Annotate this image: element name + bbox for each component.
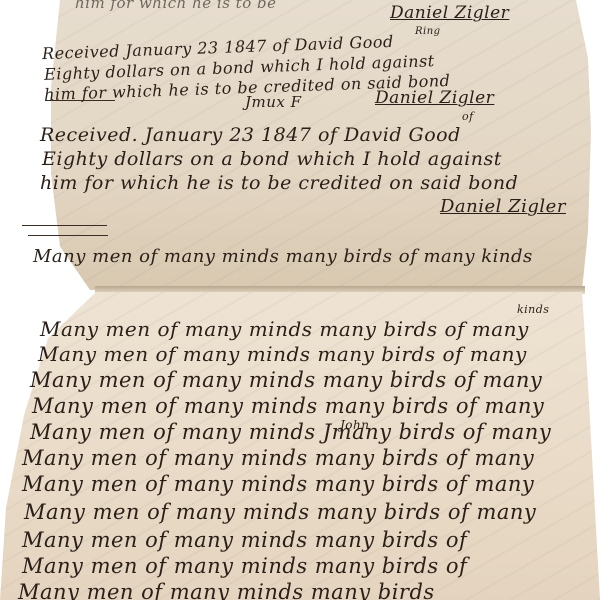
top-line: him for which he is to be bbox=[75, 0, 276, 12]
receipt-2-line-2: Eighty dollars on a bond which I hold ag… bbox=[42, 148, 502, 170]
practice-line: Many men of many minds many birds of man… bbox=[32, 394, 544, 418]
practice-line: Many men of many minds many birds of man… bbox=[22, 472, 534, 496]
practice-line: Many men of many minds many birds of man… bbox=[40, 317, 529, 341]
receipt-2-line-3: him for which he is to be credited on sa… bbox=[40, 172, 518, 194]
practice-line: Many men of many minds Jmany birds of ma… bbox=[30, 420, 551, 444]
margin-note-kinds: kinds bbox=[517, 303, 549, 316]
signature-1: Daniel Zigler bbox=[390, 3, 509, 23]
annotation-ring: Ring bbox=[415, 26, 441, 37]
practice-line: Many men of many minds many birds of man… bbox=[22, 446, 534, 470]
practice-line: Many men of many minds many birds of man… bbox=[30, 368, 542, 392]
signature-3: Daniel Zigler bbox=[440, 196, 566, 217]
practice-line: Many men of many minds many birds of bbox=[22, 528, 467, 552]
annotation-of: of bbox=[462, 110, 474, 123]
witness-mark: Jmux F bbox=[245, 93, 302, 111]
signature-2: Daniel Zigler bbox=[375, 88, 494, 108]
receipt-2-line-1: Received. January 23 1847 of David Good bbox=[40, 124, 461, 146]
practice-line: Many men of many minds many birds of man… bbox=[24, 500, 536, 524]
upper-practice-line: Many men of many minds many birds of man… bbox=[33, 246, 533, 267]
practice-line: Many men of many minds many birds of man… bbox=[38, 342, 527, 366]
practice-line: Many men of many minds many birds bbox=[18, 580, 435, 600]
practice-line: Many men of many minds many birds of bbox=[22, 554, 467, 578]
